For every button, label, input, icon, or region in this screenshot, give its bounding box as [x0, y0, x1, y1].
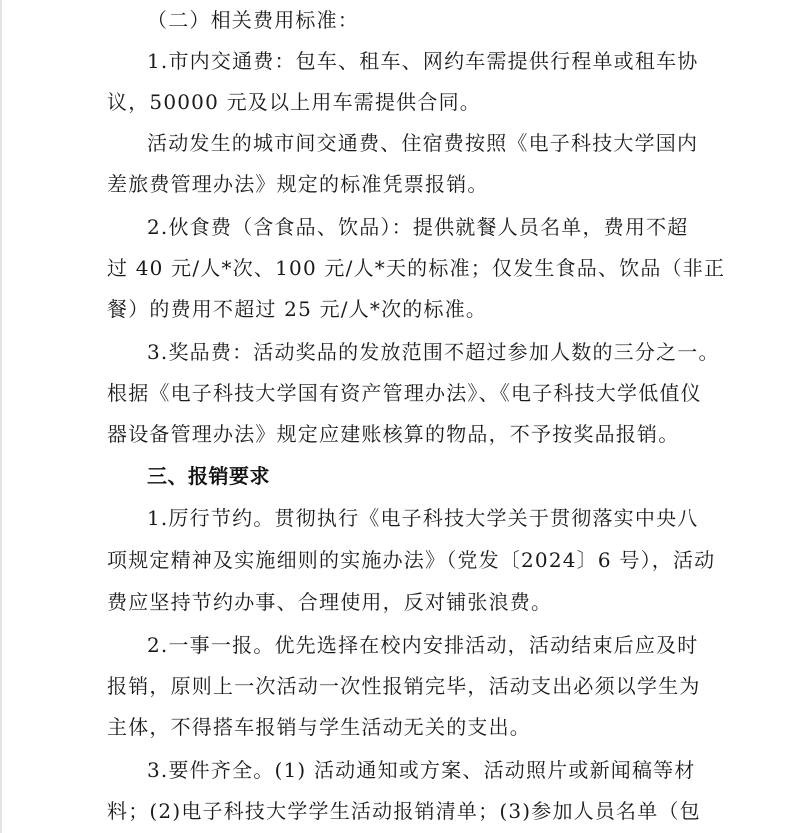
paragraph-line: 3.要件齐全。(1) 活动通知或方案、活动照片或新闻稿等材 — [147, 755, 696, 785]
paragraph-line: 1.厉行节约。贯彻执行《电子科技大学关于贯彻落实中央八 — [147, 503, 698, 533]
subheading-fee-standards: （二）相关费用标准： — [147, 5, 359, 35]
paragraph-line: 料；(2)电子科技大学学生活动报销清单；(3)参加人员名单（包 — [107, 796, 701, 826]
paragraph-line: 主体，不得搭车报销与学生活动无关的支出。 — [107, 712, 531, 742]
paragraph-line: 器设备管理办法》规定应建账核算的物品，不予按奖品报销。 — [107, 419, 679, 449]
paragraph-line: 3.奖品费：活动奖品的发放范围不超过参加人数的三分之一。 — [147, 337, 720, 367]
paragraph-line: 餐）的费用不超过 25 元/人*次的标准。 — [107, 294, 487, 324]
paragraph-line: 根据《电子科技大学国有资产管理办法》、《电子科技大学低值仪 — [107, 378, 702, 408]
document-page: （二）相关费用标准： 1.市内交通费：包车、租车、网约车需提供行程单或租车协 议… — [0, 0, 792, 833]
paragraph-line: 2.伙食费（含食品、饮品）：提供就餐人员名单，费用不超 — [147, 212, 688, 242]
paragraph-line: 过 40 元/人*次、100 元/人*天的标准；仅发生食品、饮品（非正 — [107, 253, 725, 283]
paragraph-line: 1.市内交通费：包车、租车、网约车需提供行程单或租车协 — [147, 46, 698, 76]
paragraph-line: 费应坚持节约办事、合理使用，反对铺张浪费。 — [107, 587, 552, 617]
paragraph-line: 议，50000 元及以上用车需提供合同。 — [107, 87, 481, 117]
section-heading-reimbursement-requirements: 三、报销要求 — [147, 461, 270, 491]
paragraph-line: 2.一事一报。优先选择在校内安排活动，活动结束后应及时 — [147, 630, 698, 660]
paragraph-line: 活动发生的城市间交通费、住宿费按照《电子科技大学国内 — [147, 128, 698, 158]
paragraph-line: 差旅费管理办法》规定的标准凭票报销。 — [107, 169, 489, 199]
paragraph-line: 报销，原则上一次活动一次性报销完毕，活动支出必须以学生为 — [107, 671, 701, 701]
paragraph-line: 项规定精神及实施细则的实施办法》（党发〔2024〕6 号），活动 — [107, 545, 715, 575]
